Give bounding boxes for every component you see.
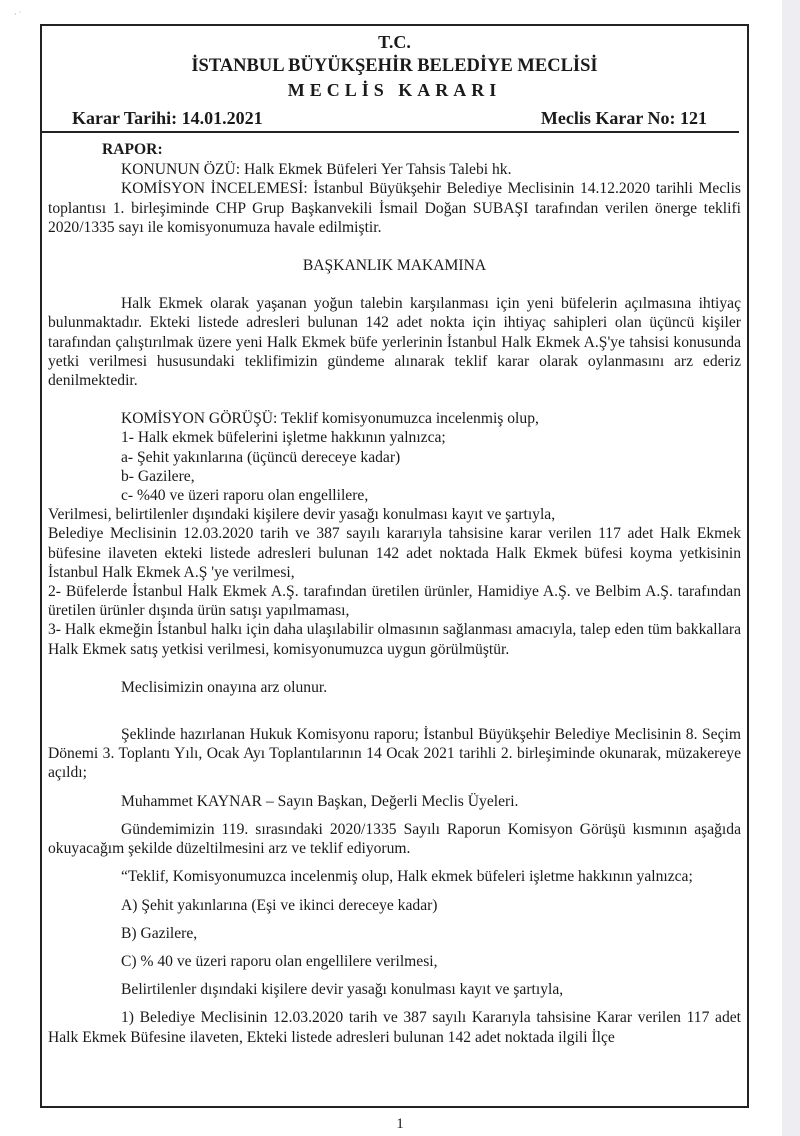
- opinion-condition: Verilmesi, belirtilenler dışındaki kişil…: [48, 505, 741, 524]
- scan-edge: [782, 0, 800, 1136]
- commission-review: KOMİSYON İNCELEMESİ: İstanbul Büyükşehir…: [48, 179, 741, 237]
- header-divider: [42, 131, 739, 133]
- opinion-item: a- Şehit yakınlarına (üçüncü dereceye ka…: [48, 448, 741, 467]
- report-subject: KONUNUN ÖZÜ: Halk Ekmek Büfeleri Yer Tah…: [48, 160, 741, 179]
- opinion-item: b- Gazilere,: [48, 467, 741, 486]
- quote-item: B) Gazilere,: [48, 924, 741, 943]
- speaker-line: Muhammet KAYNAR – Sayın Başkan, Değerli …: [48, 792, 741, 811]
- quote-item: 1) Belediye Meclisinin 12.03.2020 tarih …: [48, 1008, 741, 1046]
- page-number: 1: [0, 1116, 800, 1133]
- header-organization: İSTANBUL BÜYÜKŞEHİR BELEDİYE MECLİSİ: [42, 56, 747, 77]
- session-intro: Şeklinde hazırlanan Hukuk Komisyonu rapo…: [48, 725, 741, 783]
- motion-paragraph: Gündemimizin 119. sırasındaki 2020/1335 …: [48, 820, 741, 858]
- header-tc: T.C.: [42, 32, 747, 53]
- report-label: RAPOR:: [48, 140, 741, 159]
- quote-item: A) Şehit yakınlarına (Eşi ve ikinci dere…: [48, 896, 741, 915]
- opinion-item: c- %40 ve üzeri raporu olan engellilere,: [48, 486, 741, 505]
- proposal-paragraph: Halk Ekmek olarak yaşanan yoğun talebin …: [48, 294, 741, 390]
- opinion-item-2: 2- Büfelerde İstanbul Halk Ekmek A.Ş. ta…: [48, 582, 741, 620]
- decision-number: Meclis Karar No: 121: [541, 108, 707, 129]
- opinion-item: 1- Halk ekmek büfelerini işletme hakkını…: [48, 428, 741, 447]
- quote-intro: “Teklif, Komisyonumuzca incelenmiş olup,…: [48, 867, 741, 886]
- opinion-allocation: Belediye Meclisinin 12.03.2020 tarih ve …: [48, 524, 741, 582]
- quote-item: Belirtilenler dışındaki kişilere devir y…: [48, 980, 741, 999]
- decision-date: Karar Tarihi: 14.01.2021: [72, 108, 263, 129]
- header-document-type: MECLİS KARARI: [42, 80, 747, 101]
- document-frame: T.C. İSTANBUL BÜYÜKŞEHİR BELEDİYE MECLİS…: [40, 24, 749, 1108]
- addressee: BAŞKANLIK MAKAMINA: [48, 256, 741, 275]
- report-closing: Meclisimizin onayına arz olunur.: [48, 678, 741, 697]
- quote-item: C) % 40 ve üzeri raporu olan engellilere…: [48, 952, 741, 971]
- opinion-item-3: 3- Halk ekmeğin İstanbul halkı için daha…: [48, 620, 741, 658]
- commission-opinion-intro: KOMİSYON GÖRÜŞÜ: Teklif komisyonumuzca i…: [48, 409, 741, 428]
- scan-speckle: · ˈ: [14, 10, 21, 19]
- document-body: RAPOR: KONUNUN ÖZÜ: Halk Ekmek Büfeleri …: [48, 140, 741, 1047]
